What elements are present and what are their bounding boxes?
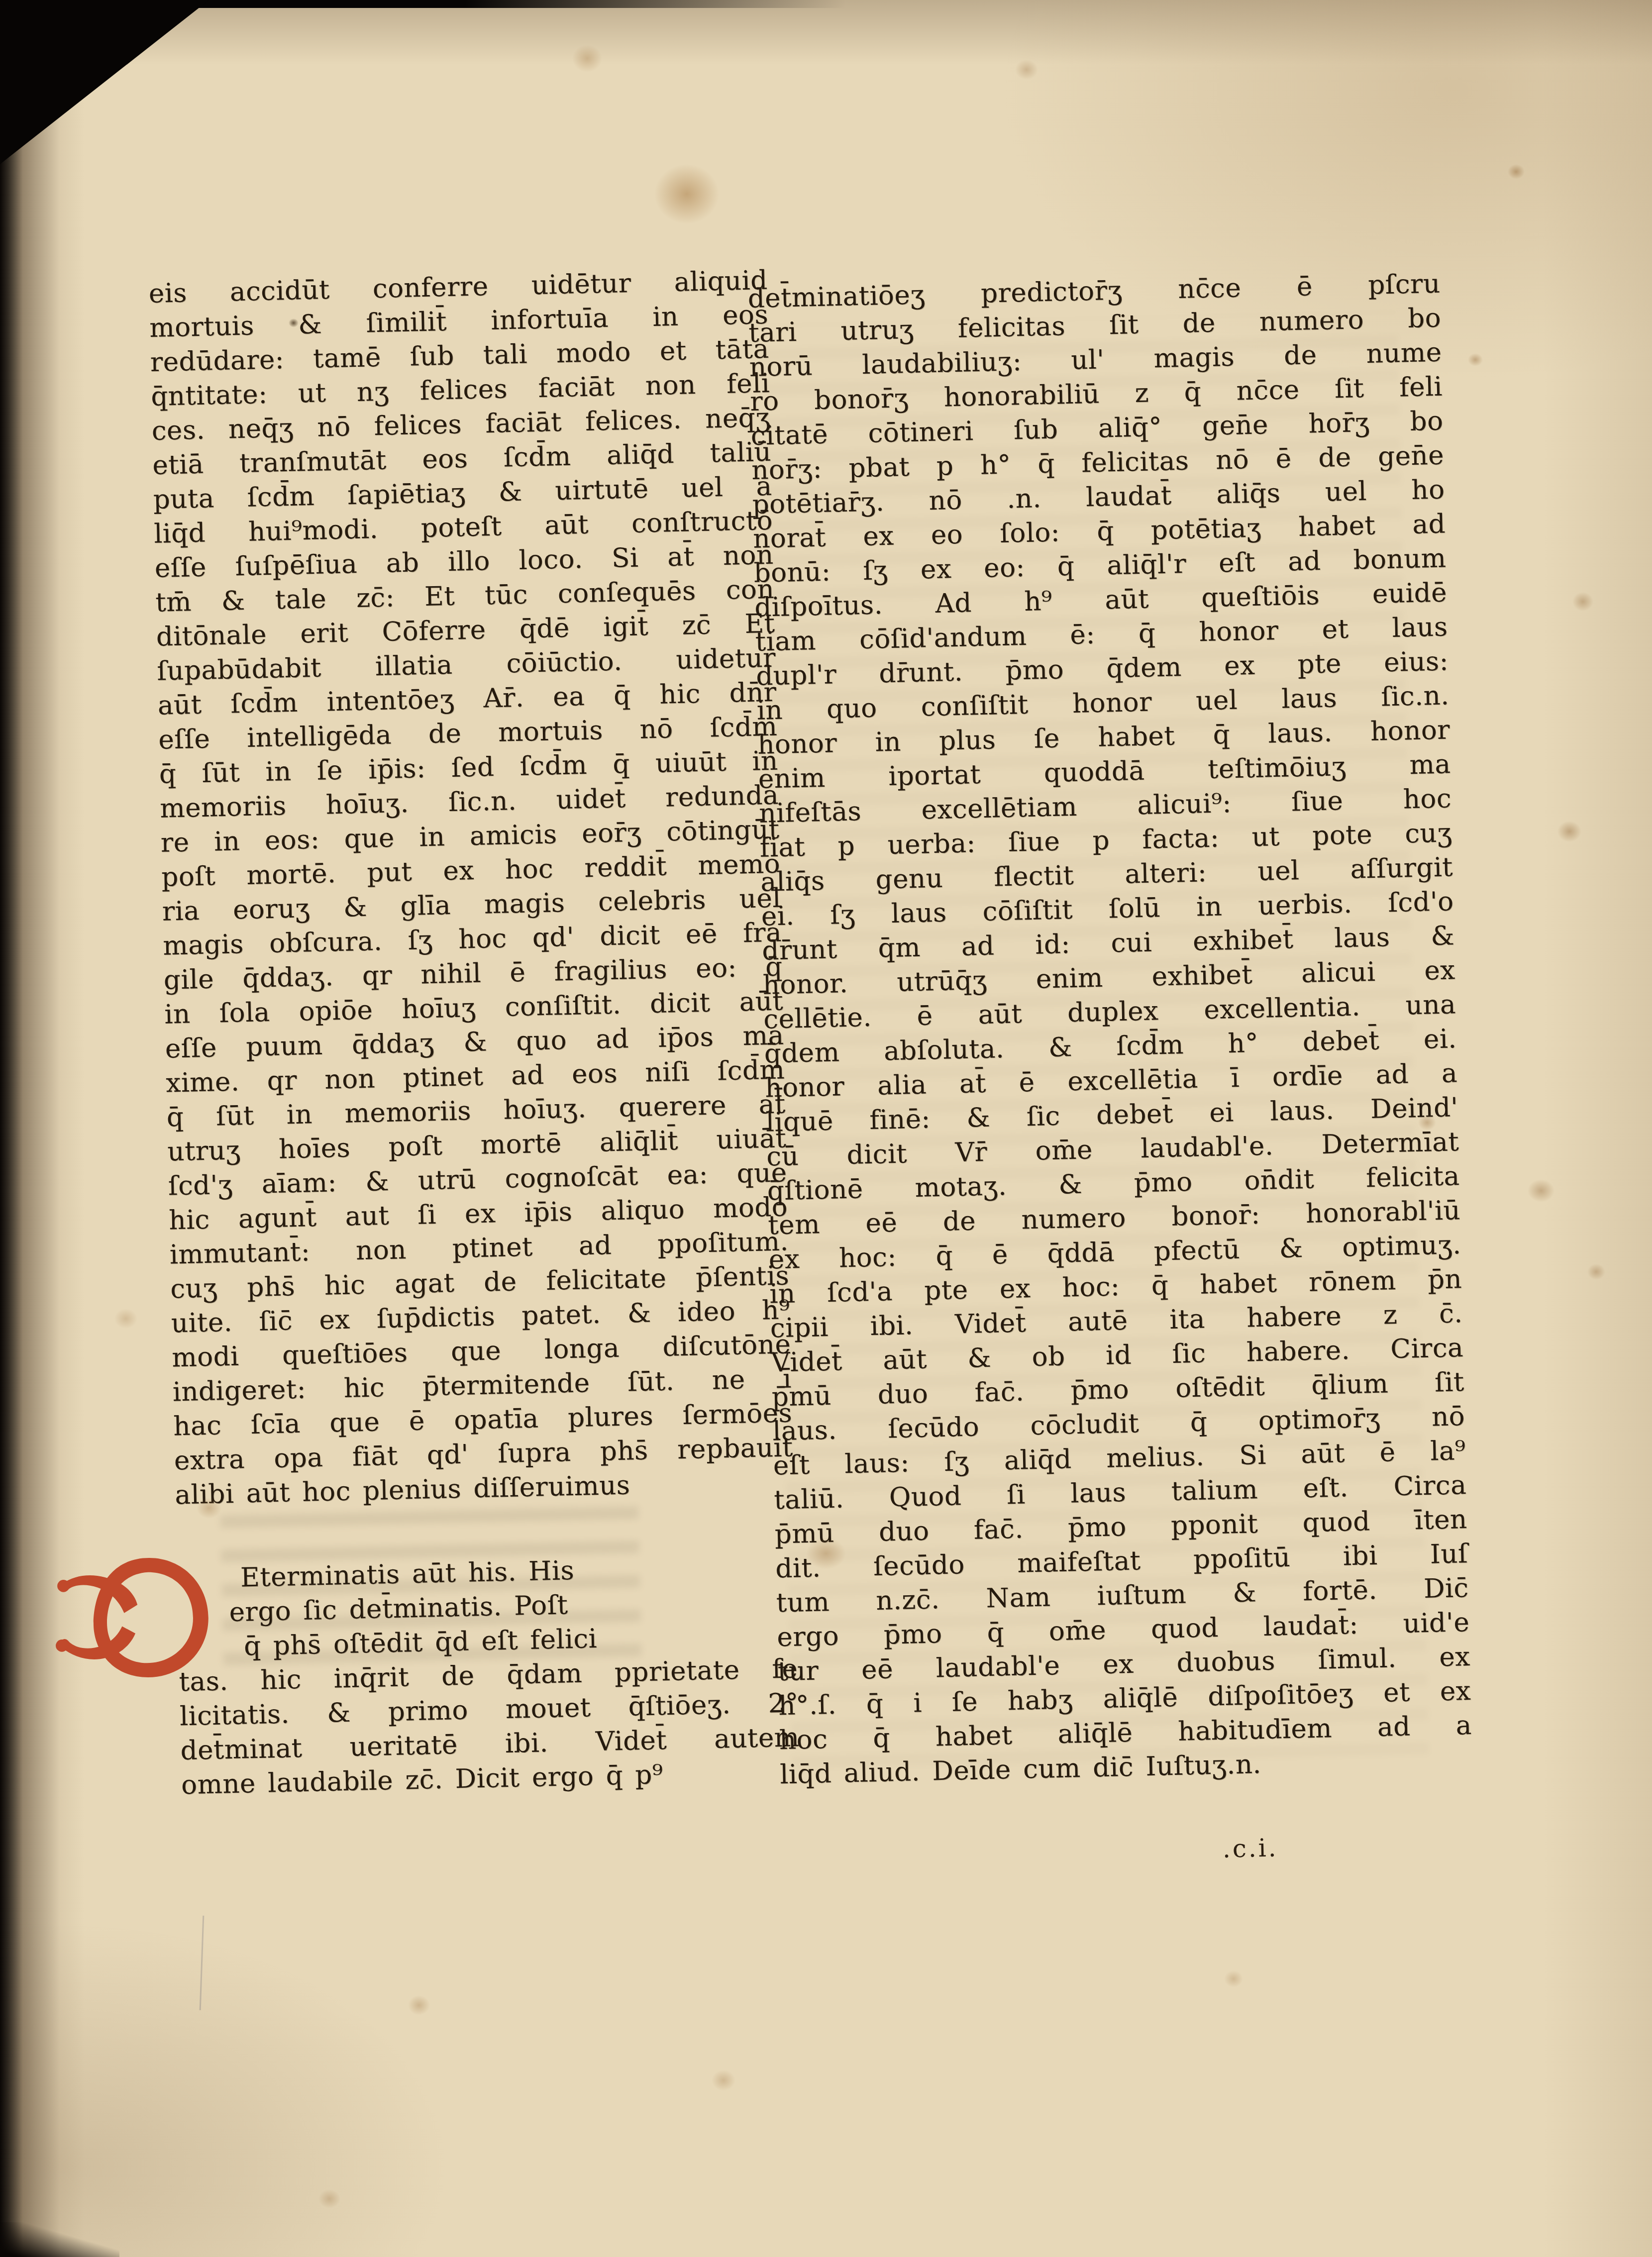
stain <box>289 318 299 327</box>
stain <box>654 164 719 224</box>
left-column: eis accidūt conferre uidētur aliquid mor… <box>148 263 801 1802</box>
stain <box>1557 821 1581 842</box>
stain <box>408 1995 430 2015</box>
right-column: det̄minatiōeʒ predictor̄ʒ nc̄ce ē pſcru … <box>747 267 1475 1876</box>
stain <box>1015 60 1038 80</box>
stain <box>1418 1115 1436 1130</box>
stain <box>1572 592 1593 611</box>
book-page: eis accidūt conferre uidētur aliquid mor… <box>0 0 1652 2257</box>
stain <box>1468 353 1483 366</box>
stain <box>114 1309 137 1329</box>
signature-mark: .c.i. <box>781 1827 1474 1876</box>
stain <box>197 1498 221 1519</box>
backdrop-corner <box>0 2222 119 2257</box>
page-edge-shadow <box>0 0 60 2257</box>
paper-crease <box>200 1916 205 2010</box>
stain <box>1528 1179 1554 1202</box>
stain <box>318 2189 340 2208</box>
stain <box>1224 1970 1243 1987</box>
backdrop-corner <box>0 0 209 164</box>
rubricated-initial-D <box>55 1553 213 1682</box>
stain <box>572 45 602 72</box>
stain <box>712 2070 735 2091</box>
stain <box>1508 164 1525 179</box>
stain <box>806 1538 846 1569</box>
stain <box>1587 1264 1605 1280</box>
